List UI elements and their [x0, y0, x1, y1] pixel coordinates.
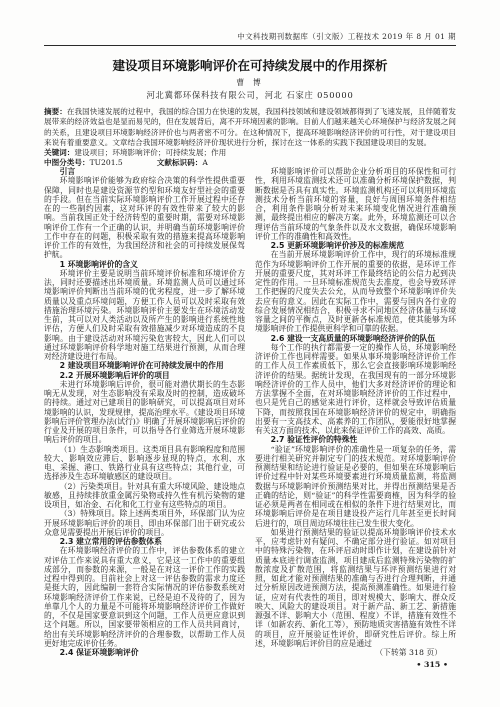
paragraph: （3）特殊项目。除上述两类项目外，环保部门认为应开展环境影响后评价的项目，即由环…	[44, 509, 245, 537]
section-heading: 1 环境影响评价的含义	[44, 260, 245, 269]
paragraph: 如果进行预测结果的验证以提高环境影响评价技术水平，应考虑针对有疑问、不确定部分进…	[255, 528, 456, 648]
paragraph: 在环境影响经济评价的工作中，评估参数体系的建立对评估工作来说具有重大意义，它是这…	[44, 546, 245, 648]
article-body: 引言环境影响评价能够为政府综合决策的科学性提供重要保障，同时也是建设资源节约型和…	[44, 167, 456, 681]
subsection-heading: 2.7 验证性评价的特殊性	[255, 435, 456, 444]
paragraph: 环境影响评价可以帮助企业分析项目的环保性和可行性，利用环境监测技术还可以准确分析…	[255, 167, 456, 241]
article-title: 建设项目环境影响评价在可持续发展中的作用探析	[0, 56, 500, 74]
page-number: • 315 •	[255, 660, 456, 669]
paragraph: （2）污染类项目。针对具有重大环境风险、建设地点敏感，且持续排放重金属污染物或持…	[44, 482, 245, 510]
subsection-heading: 2.5 更新环境影响评价涉及的标准规范	[255, 241, 456, 250]
paragraph: 环境评价主要是说明当前环境评价标准和环境评价方法，同时还要描述出环境质量。环境监…	[44, 269, 245, 362]
journal-header-line: 中文科技期刊数据库（引文版）工程技术 2019 年 8 月 01 期	[237, 31, 456, 42]
abstract: 摘要：在我国快速发展的过程中，我国的综合国力在快速的发展，我国科技领域和建设领域…	[44, 107, 456, 148]
keywords-label: 关键词：	[44, 148, 74, 157]
paragraph: （1）生态影响类项目。这类项目具有影响程度和范围较大、影响效应滞后、影响逐步显现…	[44, 445, 245, 482]
subsection-heading: 2.4 保证环境影响评价	[44, 648, 245, 657]
paragraph: 未进行环境影响后评价，很可能对潜伏期长的生态影响无从发现，对生态影响没有采取及时…	[44, 380, 245, 445]
left-column: 引言环境影响评价能够为政府综合决策的科学性提供重要保障，同时也是建设资源节约型和…	[44, 167, 245, 681]
continuation-note: （下转第 318 页）	[255, 648, 456, 657]
subsection-heading: 2.3 建立常用的评估参数体系	[44, 537, 245, 546]
subsection-heading: 2.6 建设一支高质量的环境影响经济评价的队伍	[255, 334, 456, 343]
abstract-text: 在我国快速发展的过程中，我国的综合国力在快速的发展，我国科技领域和建设领域都得到…	[44, 107, 456, 147]
author-name: 曹 博	[0, 77, 500, 88]
keywords-text: 建设项目；环境影响评价；可持续发展；作用	[74, 148, 226, 157]
front-matter: 摘要：在我国快速发展的过程中，我国的综合国力在快速的发展，我国科技领域和建设领域…	[44, 107, 456, 169]
keywords: 关键词：建设项目；环境影响评价；可持续发展；作用	[44, 148, 456, 158]
header-rule	[44, 45, 456, 46]
right-column: 环境影响评价可以帮助企业分析项目的环保性和可行性，利用环境监测技术还可以准确分析…	[255, 167, 456, 681]
paper-page: 中文科技期刊数据库（引文版）工程技术 2019 年 8 月 01 期 建设项目环…	[0, 0, 500, 707]
section-heading: 引言	[44, 167, 245, 176]
author-affiliation: 河北冀都环保科技有限公司，河北 石家庄 050000	[0, 89, 500, 101]
paragraph: 环境影响评价能够为政府综合决策的科学性提供重要保障，同时也是建设资源节约型和环境…	[44, 176, 245, 259]
paragraph: 在当前开展环境影响评价工作中，现行的环境标准规范作为环境影响评价工作开展的重要的…	[255, 250, 456, 333]
subsection-heading: 2.2 开展环境影响后评价的项目	[44, 371, 245, 380]
section-heading: 2 建设项目环境影响评价在可持续发展中的作用	[44, 361, 245, 370]
abstract-label: 摘要：	[44, 107, 67, 116]
paragraph: 每个工作的执行都需要一定的操作人员，环境影响经济评价工作也同样需要。如果从事环境…	[255, 343, 456, 436]
paragraph: “验证”环境影响评价的准确性是一项复杂的任务，需要进行相关研究并制定专门的技术规…	[255, 445, 456, 528]
